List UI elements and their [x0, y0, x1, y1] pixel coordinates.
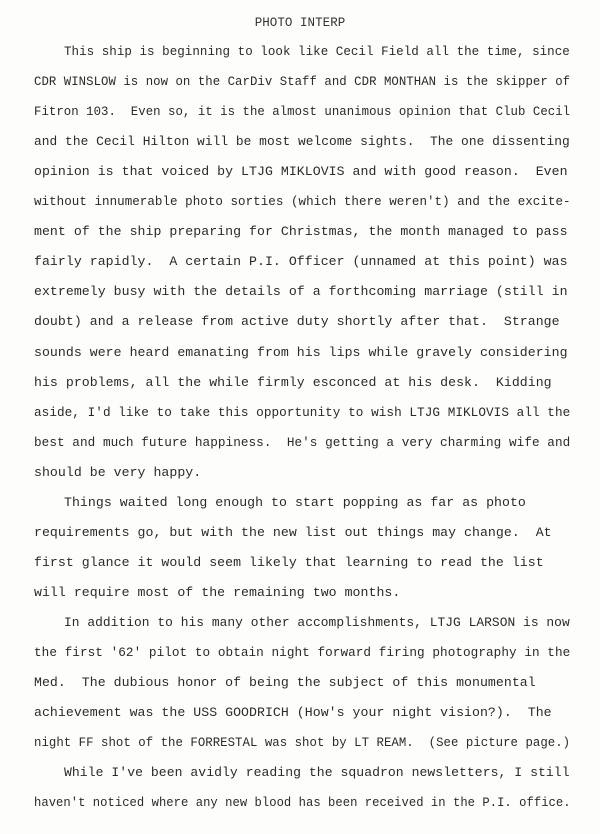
text-line: will require most of the remaining two m…	[34, 585, 400, 601]
text-line: his problems, all the while firmly escon…	[34, 375, 552, 391]
text-line: the first '62' pilot to obtain night for…	[34, 645, 570, 661]
text-line: While I've been avidly reading the squad…	[64, 765, 570, 781]
document-title: PHOTO INTERP	[0, 16, 600, 30]
text-line: Med. The dubious honor of being the subj…	[34, 675, 536, 691]
text-line: doubt) and a release from active duty sh…	[34, 314, 560, 330]
text-line: best and much future happiness. He's get…	[34, 435, 570, 451]
text-line: aside, I'd like to take this opportunity…	[34, 405, 570, 421]
text-line: requirements go, but with the new list o…	[34, 525, 552, 541]
text-line: night FF shot of the FORRESTAL was shot …	[34, 735, 570, 751]
text-line: should be very happy.	[34, 465, 201, 481]
text-line: This ship is beginning to look like Ceci…	[64, 44, 570, 60]
text-line: ment of the ship preparing for Christmas…	[34, 224, 568, 240]
text-line: Fitron 103. Even so, it is the almost un…	[34, 104, 570, 120]
document-page: PHOTO INTERP This ship is beginning to l…	[0, 0, 600, 834]
text-line: first glance it would seem likely that l…	[34, 555, 544, 571]
text-line: without innumerable photo sorties (which…	[34, 194, 571, 210]
text-line: sounds were heard emanating from his lip…	[34, 345, 568, 361]
text-line: haven't noticed where any new blood has …	[34, 795, 571, 811]
text-line: and the Cecil Hilton will be most welcom…	[34, 134, 570, 150]
text-line: opinion is that voiced by LTJG MIKLOVIS …	[34, 164, 568, 180]
text-line: Things waited long enough to start poppi…	[64, 495, 526, 511]
text-line: extremely busy with the details of a for…	[34, 284, 568, 300]
text-line: fairly rapidly. A certain P.I. Officer (…	[34, 254, 568, 270]
text-line: In addition to his many other accomplish…	[64, 615, 570, 631]
text-line: achievement was the USS GOODRICH (How's …	[34, 705, 552, 721]
text-line: CDR WINSLOW is now on the CarDiv Staff a…	[34, 74, 570, 90]
